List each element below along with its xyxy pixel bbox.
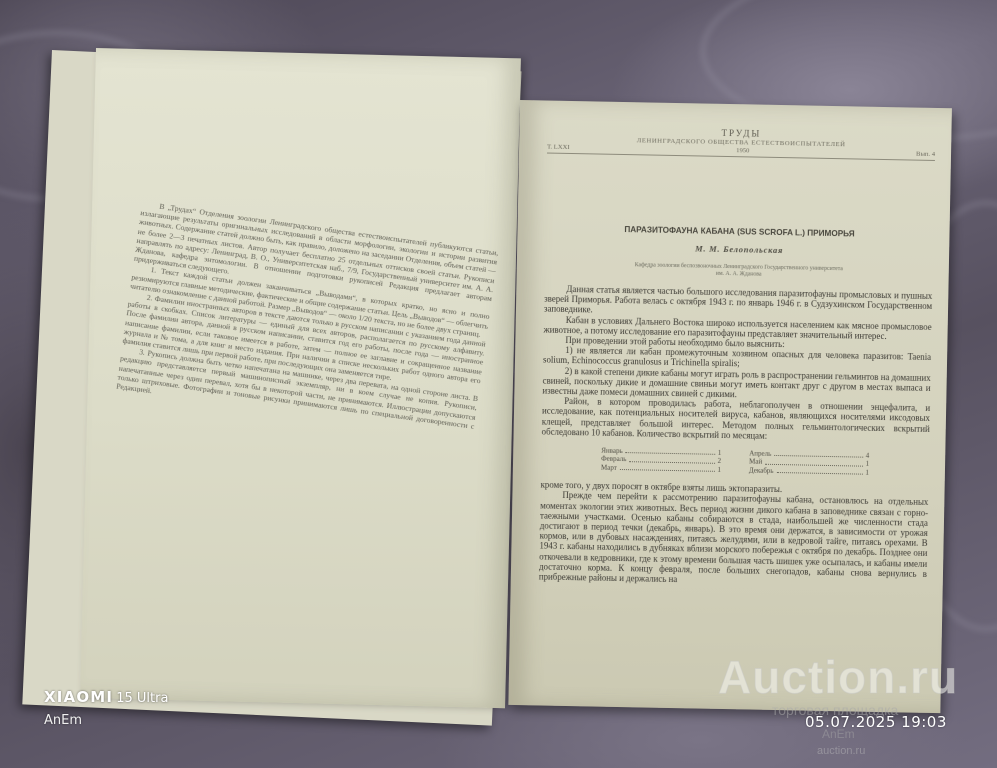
leader-dots <box>629 456 714 464</box>
auction-watermark-user: AnEm <box>822 727 855 741</box>
month-label: Май <box>749 458 762 467</box>
leader-dots <box>777 467 863 475</box>
left-page: В „Трудах“ Отделения зоологии Ленинградс… <box>80 48 521 708</box>
count-value: 1 <box>717 466 721 474</box>
affiliation: Кафедра зоологии беспозвоночных Ленингра… <box>545 261 933 282</box>
table-row: Декабрь1 <box>749 466 869 477</box>
right-page: ТРУДЫ ЛЕНИНГРАДСКОГО ОБЩЕСТВА ЕСТЕСТВОИС… <box>508 100 952 713</box>
year-label: 1950 <box>736 147 749 154</box>
auction-watermark-site: auction.ru <box>817 745 865 757</box>
table-row: Март1 <box>601 463 721 474</box>
camera-watermark: XIAOMI15 Ultra <box>44 687 168 706</box>
article-body: Данная статья является частью большого и… <box>539 284 933 590</box>
count-value: 2 <box>718 457 722 465</box>
body-paragraph: Район, в котором проводилась работа, неб… <box>542 396 931 444</box>
month-label: Декабрь <box>749 466 774 475</box>
table-column: Апрель4 Май1 Декабрь1 <box>749 450 869 478</box>
editorial-notice: В „Трудах“ Отделения зоологии Ленинградс… <box>116 199 499 440</box>
article-title: ПАРАЗИТОФАУНА КАБАНА (SUS SCROFA L.) ПРИ… <box>545 224 933 240</box>
camera-brand: XIAOMI <box>44 688 113 706</box>
table-column: Январь1 Февраль2 Март1 <box>601 447 721 475</box>
leader-dots <box>620 464 715 472</box>
count-value: 1 <box>865 460 869 468</box>
leader-dots <box>774 450 863 458</box>
article-author: М. М. Белопольская <box>545 242 933 258</box>
leader-dots <box>626 447 715 455</box>
count-value: 4 <box>866 452 870 460</box>
leader-dots <box>765 458 863 466</box>
month-label: Март <box>601 463 617 472</box>
count-value: 1 <box>865 469 869 477</box>
count-value: 1 <box>718 449 722 457</box>
autopsies-by-month-table: Январь1 Февраль2 Март1 Апрель4 Май1 Дека… <box>541 446 929 479</box>
auction-watermark-logo: Auction.ru <box>718 650 958 704</box>
body-paragraph: Прежде чем перейти к рассмотрению парази… <box>539 490 929 589</box>
issue-label: Вып. 4 <box>916 151 935 158</box>
photographer-name: AnEm <box>44 713 82 728</box>
camera-model: 15 Ultra <box>116 691 168 706</box>
volume-label: Т. LXXI <box>547 144 570 151</box>
